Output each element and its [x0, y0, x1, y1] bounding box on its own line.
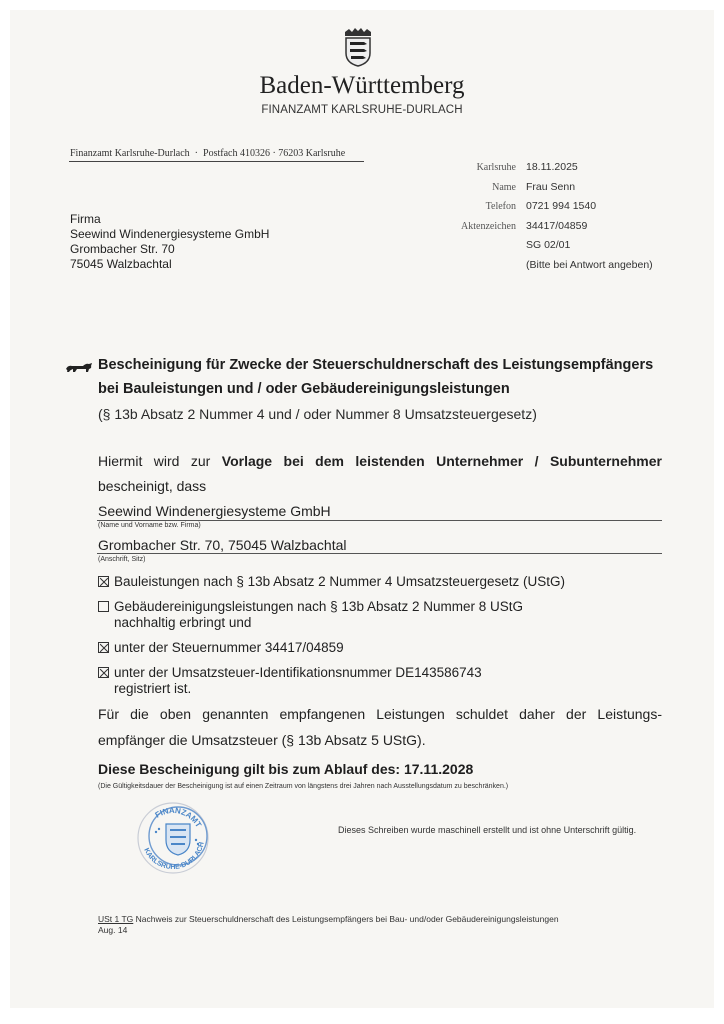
checkbox-unchecked-icon	[98, 601, 109, 612]
check-item-text: unter der Umsatzsteuer-Identifikationsnu…	[114, 665, 482, 681]
document-title-line-2: bei Bauleistungen und / oder Gebäuderein…	[98, 381, 510, 397]
form-edition: Aug. 14	[98, 925, 559, 936]
check-item-cleaning: Gebäudereinigungsleistungen nach § 13b A…	[98, 599, 523, 631]
office-name: FINANZAMT KARLSRUHE-DURLACH	[0, 104, 724, 116]
liability-paragraph-line-2: empfänger die Umsatzsteuer (§ 13b Absatz…	[98, 732, 426, 748]
info-value-date: 18.11.2025	[526, 161, 578, 173]
machine-generated-note: Dieses Schreiben wurde maschinell erstel…	[338, 825, 636, 835]
check-item-construction: Bauleistungen nach § 13b Absatz 2 Nummer…	[98, 574, 565, 590]
document-title-legal-basis: (§ 13b Absatz 2 Nummer 4 und / oder Numm…	[98, 406, 537, 422]
checkbox-checked-icon	[98, 667, 109, 678]
name-field-value: Seewind Windenergiesysteme GmbH	[98, 503, 331, 519]
validity-statement: Diese Bescheinigung gilt bis zum Ablauf …	[98, 761, 473, 777]
checkbox-checked-icon	[98, 642, 109, 653]
check-item-text-continued: nachhaltig erbringt und	[114, 615, 523, 631]
coat-of-arms-icon	[342, 27, 374, 67]
document-title-line-1: Bescheinigung für Zwecke der Steuerschul…	[98, 357, 653, 373]
form-code: USt 1 TG	[98, 914, 133, 924]
info-row-note: (Bitte bei Antwort angeben)	[440, 259, 653, 279]
state-name: Baden-Württemberg	[0, 72, 724, 100]
return-address-rule	[69, 161, 364, 162]
info-row-phone: Telefon 0721 994 1540	[440, 200, 653, 220]
intro-bold: Vorlage bei dem leistenden Unternehmer /…	[222, 453, 662, 469]
checkbox-checked-icon	[98, 576, 109, 587]
intro-text: Hiermit wird zur Vorlage bei dem leisten…	[98, 453, 662, 469]
info-label: Telefon	[440, 201, 526, 212]
address-field-value: Grombacher Str. 70, 75045 Walzbachtal	[98, 537, 347, 553]
info-label: Aktenzeichen	[440, 221, 526, 232]
intro-prefix: Hiermit wird zur	[98, 453, 222, 469]
address-field-caption: (Anschrift, Sitz)	[98, 556, 145, 563]
recipient-address: Firma Seewind Windenergiesysteme GmbH Gr…	[70, 212, 269, 272]
info-label: Karlsruhe	[440, 162, 526, 173]
info-value-name: Frau Senn	[526, 181, 575, 193]
recipient-line-4: 75045 Walzbachtal	[70, 257, 269, 272]
info-row-department: SG 02/01	[440, 239, 653, 259]
intro-suffix: bescheinigt, dass	[98, 478, 206, 494]
form-footer: USt 1 TG Nachweis zur Steuerschuldnersch…	[98, 914, 559, 936]
name-field-caption: (Name und Vorname bzw. Firma)	[98, 522, 201, 529]
address-field-rule	[97, 553, 662, 554]
check-item-text-continued: registriert ist.	[114, 681, 482, 697]
info-value-department: SG 02/01	[526, 239, 570, 251]
info-value-phone: 0721 994 1540	[526, 200, 596, 212]
check-item-text: unter der Steuernummer 34417/04859	[114, 640, 344, 656]
info-value-reference: 34417/04859	[526, 220, 587, 232]
recipient-line-3: Grombacher Str. 70	[70, 242, 269, 257]
info-label: Name	[440, 182, 526, 193]
name-field-rule	[97, 520, 662, 521]
liability-paragraph-line-1: Für die oben genannten empfangenen Leist…	[98, 706, 662, 722]
lion-icon	[65, 361, 93, 373]
info-row-name: Name Frau Senn	[440, 181, 653, 201]
check-item-text: Gebäudereinigungsleistungen nach § 13b A…	[114, 599, 523, 615]
recipient-line-2: Seewind Windenergiesysteme GmbH	[70, 227, 269, 242]
info-row-reference: Aktenzeichen 34417/04859	[440, 220, 653, 240]
validity-note: (Die Gültigkeitsdauer der Bescheinigung …	[98, 783, 508, 790]
check-item-text: Bauleistungen nach § 13b Absatz 2 Nummer…	[114, 574, 565, 590]
info-row-place-date: Karlsruhe 18.11.2025	[440, 161, 653, 181]
check-item-tax-number: unter der Steuernummer 34417/04859	[98, 640, 344, 656]
info-value-note: (Bitte bei Antwort angeben)	[526, 259, 653, 271]
form-title: Nachweis zur Steuerschuldnerschaft des L…	[133, 914, 558, 924]
check-item-vat-id: unter der Umsatzsteuer-Identifikationsnu…	[98, 665, 482, 697]
recipient-line-1: Firma	[70, 212, 269, 227]
official-stamp-icon: FINANZAMT KARLSRUHE-DURLACH	[132, 800, 214, 876]
info-block: Karlsruhe 18.11.2025 Name Frau Senn Tele…	[440, 161, 653, 278]
return-address: Finanzamt Karlsruhe-Durlach · Postfach 4…	[70, 148, 345, 159]
